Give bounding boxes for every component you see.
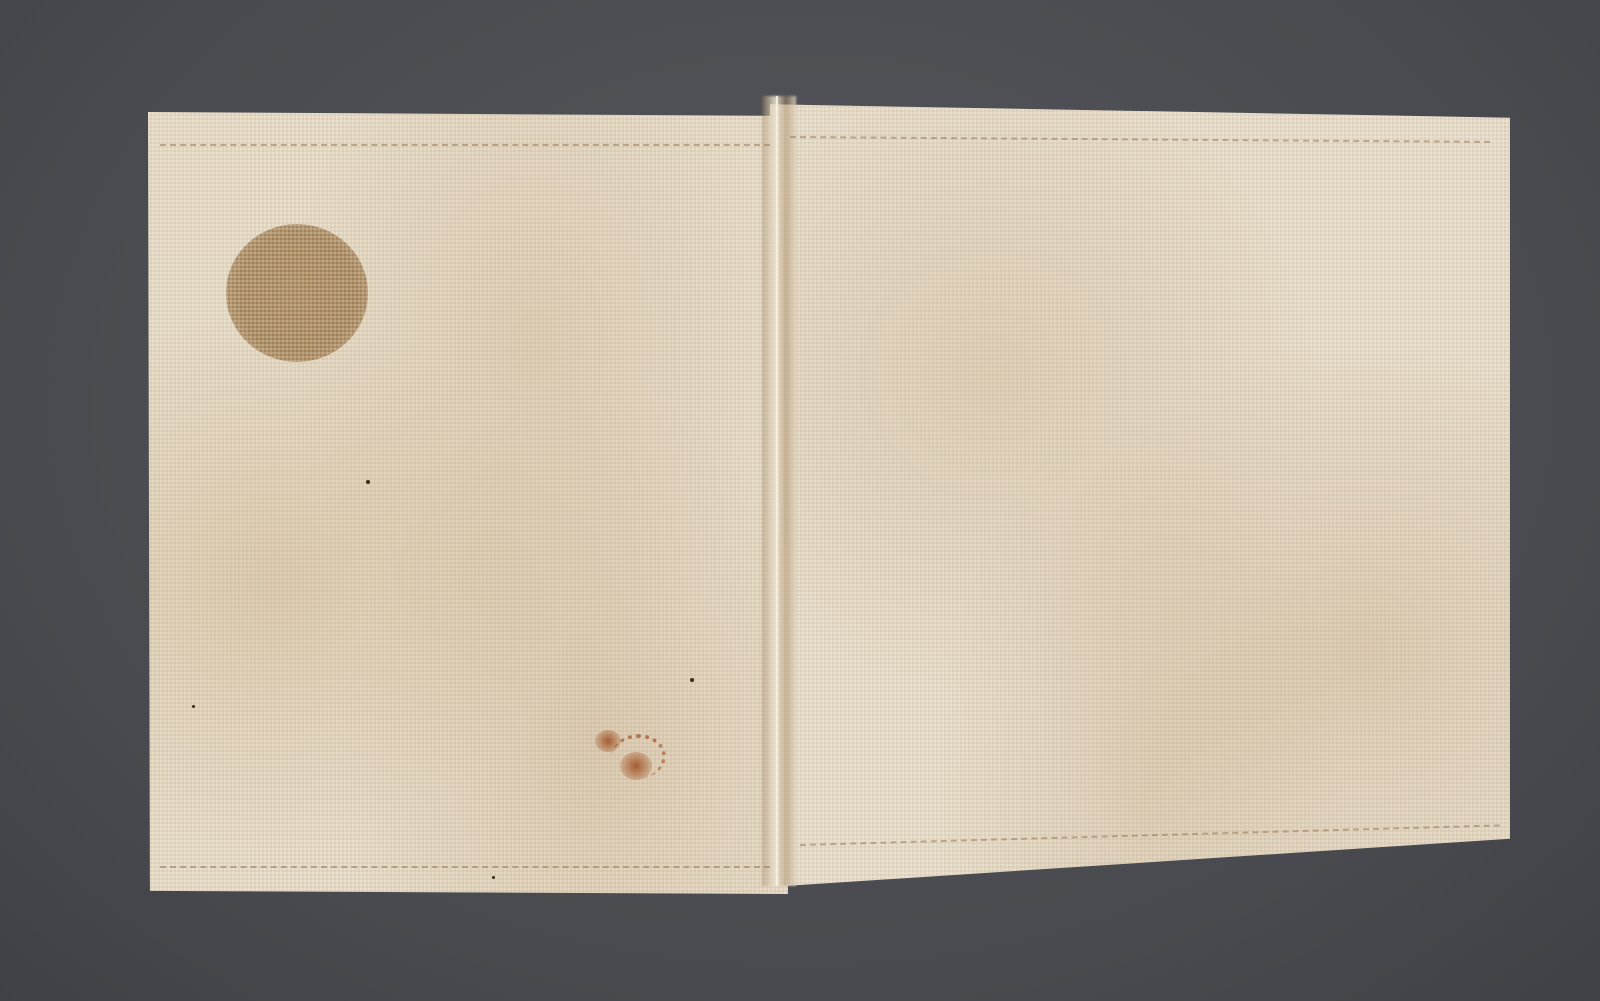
loose-thread [776,96,778,886]
center-seam [762,96,796,886]
right-panel [770,98,1510,886]
circular-stamp [226,224,368,362]
stitch-line [160,866,770,868]
left-panel [148,112,788,894]
stitch-line [160,144,770,146]
speck [366,480,370,484]
speck [492,876,495,879]
speck [192,705,195,708]
armband [0,0,1600,1001]
rust-stain-arc [612,734,666,778]
speck [690,678,694,682]
